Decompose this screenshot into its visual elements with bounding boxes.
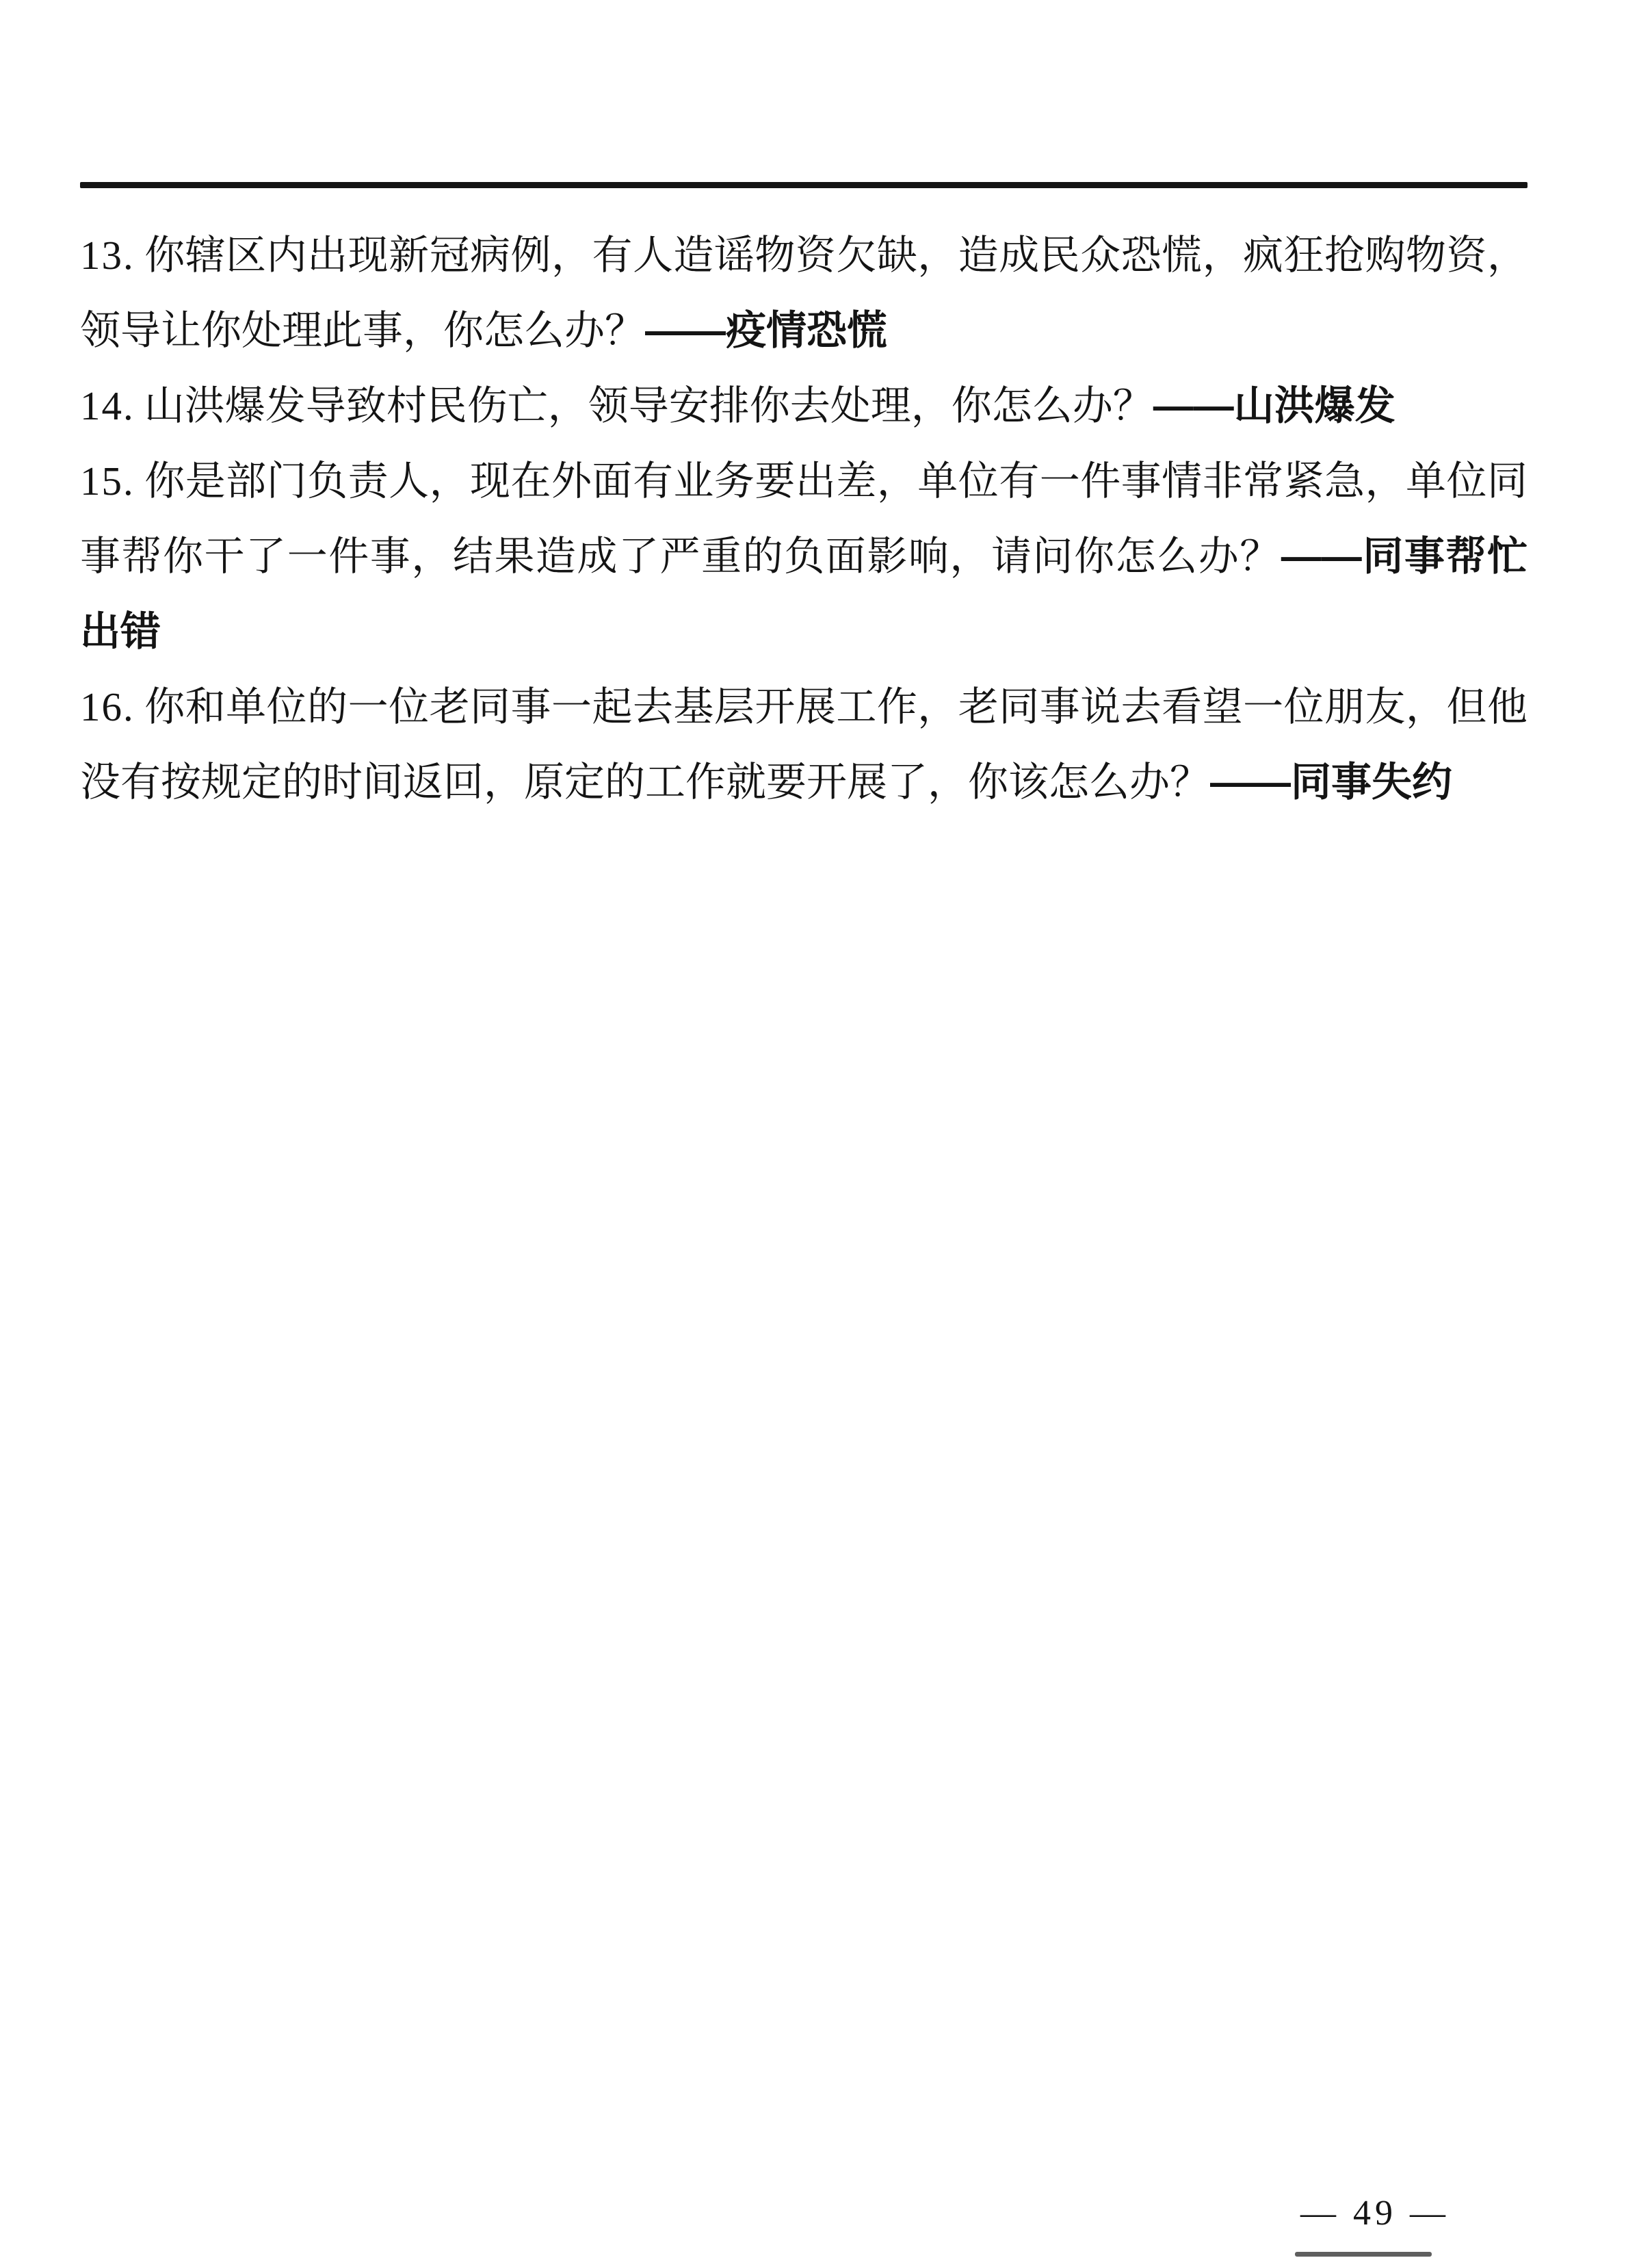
scan-artifact <box>1295 2252 1432 2257</box>
question-item: 16.你和单位的一位老同事一起去基层开展工作，老同事说去看望一位朋友，但他没有按… <box>80 669 1528 820</box>
answer-tag-text: 同事失约 <box>1291 760 1452 805</box>
answer-dash: —— <box>1210 760 1291 805</box>
answer-tag-text: 疫情恐慌 <box>726 308 887 353</box>
answer-dash: —— <box>1281 534 1362 579</box>
answer-dash: —— <box>1153 383 1234 428</box>
answer-dash: —— <box>645 308 726 353</box>
question-number: 15. <box>80 458 135 504</box>
answer-tag: ——同事失约 <box>1210 760 1452 805</box>
answer-tag: ——山洪爆发 <box>1153 383 1395 428</box>
question-number: 14. <box>80 383 135 428</box>
header-rule <box>80 182 1528 188</box>
question-item: 13.你辖区内出现新冠病例，有人造谣物资欠缺，造成民众恐慌，疯狂抢购物资，领导让… <box>80 218 1528 368</box>
answer-tag-text: 山洪爆发 <box>1234 383 1395 428</box>
answer-tag: ——疫情恐慌 <box>645 308 887 353</box>
page-number: — 49 — <box>1279 2193 1471 2233</box>
question-item: 14.山洪爆发导致村民伤亡，领导安排你去处理，你怎么办？——山洪爆发 <box>80 368 1528 443</box>
question-number: 16. <box>80 684 135 729</box>
question-text: 山洪爆发导致村民伤亡，领导安排你去处理，你怎么办？ <box>144 383 1153 428</box>
question-number: 13. <box>80 233 135 278</box>
question-item: 15.你是部门负责人，现在外面有业务要出差，单位有一件事情非常紧急，单位同事帮你… <box>80 443 1528 669</box>
question-list: 13.你辖区内出现新冠病例，有人造谣物资欠缺，造成民众恐慌，疯狂抢购物资，领导让… <box>80 218 1528 820</box>
